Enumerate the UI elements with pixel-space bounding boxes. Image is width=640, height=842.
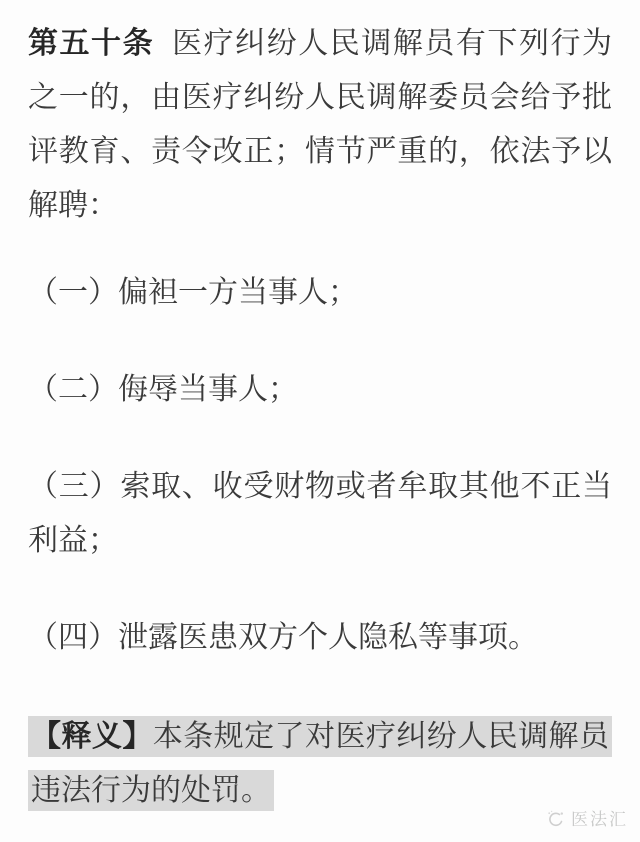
interpretation-highlight: 【释义】本条规定了对医疗纠纷人民调解员违法行为的处罚。	[28, 716, 612, 811]
article-page: 第五十条医疗纠纷人民调解员有下列行为之一的，由医疗纠纷人民调解委员会给予批评教育…	[0, 0, 640, 842]
list-item-3: （三）索取、收受财物或者牟取其他不正当利益；	[28, 460, 612, 568]
list-item-2: （二）侮辱当事人；	[28, 363, 612, 417]
list-item-1-text: （一）偏袒一方当事人；	[28, 276, 358, 309]
article-number: 第五十条	[28, 27, 154, 60]
medlaw-logo-icon	[546, 809, 566, 829]
list-item-4: （四）泄露医患双方个人隐私等事项。	[28, 611, 612, 665]
interpretation-label: 【释义】	[31, 720, 153, 753]
watermark: 医法汇	[546, 809, 628, 829]
list-item-1: （一）偏袒一方当事人；	[28, 266, 612, 320]
list-item-4-text: （四）泄露医患双方个人隐私等事项。	[28, 621, 538, 654]
list-item-3-text: （三）索取、收受财物或者牟取其他不正当利益；	[28, 470, 612, 557]
interpretation-paragraph: 【释义】本条规定了对医疗纠纷人民调解员违法行为的处罚。	[28, 710, 612, 818]
watermark-text: 医法汇	[571, 811, 628, 828]
article-paragraph: 第五十条医疗纠纷人民调解员有下列行为之一的，由医疗纠纷人民调解委员会给予批评教育…	[28, 17, 612, 233]
list-item-2-text: （二）侮辱当事人；	[28, 373, 298, 406]
